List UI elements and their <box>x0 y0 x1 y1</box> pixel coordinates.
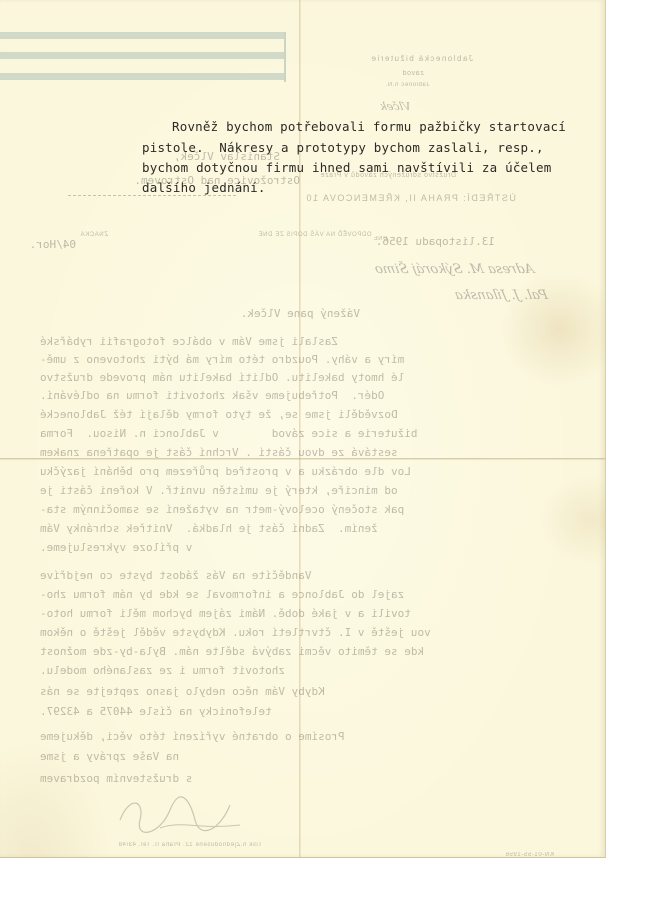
ghost-body-line: žením. Zadní část je hladká. Vnitřek sch… <box>40 520 460 538</box>
ghost-body-line: na Vaše zprávy a jsme <box>40 748 460 766</box>
ghost-field-ref-value: 04/Hor. <box>16 236 76 254</box>
ghost-body-line: pak stočený ocelový-metr na vytažení se … <box>40 501 460 519</box>
ghost-body-line: Kdyby Vám něco nebylo jasno zeptejte se … <box>40 683 460 701</box>
ghost-field-reply: ODPOVĚĎ NA VÁŠ DOPIS ZE DNE <box>258 232 372 238</box>
ghost-handwritten-note: Pal. J. Jílanska <box>453 288 549 303</box>
ghost-body-line: v příloze vykreslujeme. <box>40 539 460 557</box>
ghost-company-line: závod <box>402 70 424 77</box>
ghost-body-line: zajel do Jablonce a informoval se kde by… <box>40 586 460 604</box>
ghost-body-line: zhotovit formu i ze zaslaného modelu. <box>40 662 460 680</box>
ghost-field-ref-label: ZNAČKA <box>80 232 108 238</box>
ghost-body-line: Vanděčíte na Vás žádost byste co nejdřív… <box>40 567 460 585</box>
letterhead-stripe <box>0 73 285 80</box>
front-text-line: bychom dotyčnou firmu ihned sami navštív… <box>142 158 551 178</box>
ghost-body-line: vou ještě v I. čtvrtletí roku. Kdybyste … <box>40 624 460 642</box>
ghost-address: ÚSTŘEDÍ: PRAHA II, KŘEMENCOVA 10 <box>305 193 516 203</box>
ghost-printer-line: Tisk n.Zjednodušené 12. Praha II. Tel. 4… <box>118 842 262 848</box>
ghost-handwritten-note: Adresa M. Sýkoráj Šimo <box>373 262 535 277</box>
front-text-line: pistole. Nákresy a prototypy bychom zasl… <box>142 138 544 158</box>
front-text-line: dalšího jednání. <box>142 178 266 198</box>
ghost-body-line: od minciře, který je umístěn uvnitř. V k… <box>40 482 460 500</box>
ghost-signature <box>100 790 250 840</box>
ghost-body-line: Odér. Potřebujeme však zhotoviti formu n… <box>40 387 460 405</box>
ghost-body-line: sestává ze dvou částí . Vrchní část je o… <box>40 444 460 462</box>
ghost-body-line: Zaslali jsme Vám v obálce fotografii ryb… <box>40 333 460 351</box>
letterhead-stripe-edge <box>284 32 286 82</box>
ghost-field-date-label: DNE <box>373 236 387 242</box>
ghost-form-code: KN-01-55-1956 <box>505 852 554 858</box>
ghost-body-line: kde se těmito věcmi zabývá sdělte nám. B… <box>40 643 460 661</box>
ghost-body-line: lé hmoty bakelitu. Odlití bakelitu nám p… <box>40 369 460 387</box>
ghost-body-line: Prosíme o obratné vyřízení této věci, dě… <box>40 728 460 746</box>
letterhead-stripe <box>0 52 285 59</box>
ghost-body-line: bižuterie a sice závod v Jablonci n. Nis… <box>40 425 460 443</box>
ghost-body-line: tovili a v jaké době. Námi zájem bychom … <box>40 605 460 623</box>
ghost-body-line: Lov dle obrázku a v prostřed průřezem pr… <box>40 463 460 481</box>
ghost-body-line: s družstevním pozdravem <box>40 770 460 788</box>
ghost-body-line: telefonicky na čísle 44075 a 43297. <box>40 703 460 721</box>
front-text-line: Rovněž bychom potřebovali formu pažbičky… <box>172 117 566 137</box>
ghost-body-line: Dozvěděli jsme se, že tyto formy dělají … <box>40 406 460 424</box>
ghost-company-line: Jablonecká bižuterie <box>370 54 473 63</box>
ghost-body-line: míry a váhy. Pouzdro této míry má býti z… <box>40 351 460 369</box>
ghost-salutation: Vážený pane Vlček. <box>220 305 360 323</box>
ghost-field-date-value: 13.listopadu 1956. <box>385 233 495 251</box>
paper-sheet: Jablonecká bižuterie závod Jablonec n.N.… <box>0 0 606 858</box>
ghost-company-line: Jablonec n.N. <box>385 82 430 88</box>
ghost-signature-scribble: Vlček <box>379 100 413 113</box>
letterhead-stripe <box>0 32 285 39</box>
